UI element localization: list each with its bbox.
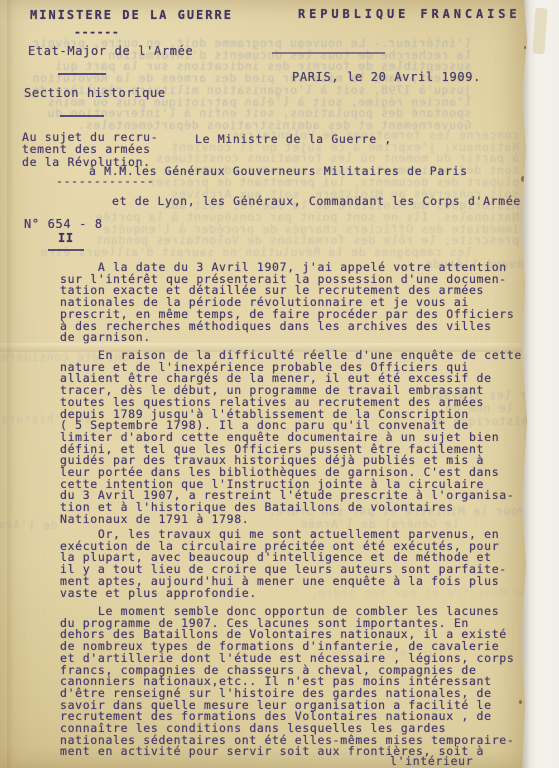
ministry-heading: MINISTERE DE LA GUERRE — [30, 10, 233, 22]
section-heading: Section historique — [24, 88, 166, 100]
paragraph-2: En raison de la difficulté réelle d'une … — [60, 350, 522, 526]
section-numeral: II — [58, 233, 74, 245]
paper-sheet: l'intérieur.- Le nouveau programme doit,… — [0, 0, 530, 768]
margin-note: Au sujet du recru- tement des armées de … — [22, 131, 158, 168]
minister-line: Le Ministre de la Guerre , — [195, 134, 392, 146]
catchword: l'intérieur — [390, 756, 473, 768]
republic-heading: REPUBLIQUE FRANCAISE — [298, 9, 521, 21]
bleedthrough-underline — [272, 52, 385, 54]
paragraph-3: Or, les travaux qui me sont actuellement… — [60, 529, 507, 599]
horizontal-crease — [0, 343, 530, 352]
torn-edge-speck — [519, 700, 522, 704]
addressee-line-1: à M.M.les Généraux Gouverneurs Militaire… — [89, 166, 468, 178]
date-line: PARIS, le 20 Avril 1909. — [292, 72, 481, 84]
paragraph-4: Le moment semble donc opportun de comble… — [60, 606, 514, 758]
section-underline — [60, 115, 104, 117]
scanned-letter: { "document": { "header": { "ministry": … — [0, 0, 559, 768]
numeral-underline — [48, 249, 84, 251]
bleedthrough-fragment: les campagnes de la Révolution ne saurai… — [40, 247, 472, 259]
addressee-line-2: et de Lyon, les Généraux, Commandant les… — [112, 196, 529, 208]
reference-number: N° 654 - 8 — [24, 219, 103, 231]
staff-underline — [58, 73, 106, 75]
left-edge-crease — [7, 0, 14, 768]
torn-edge-speck — [524, 46, 526, 49]
bleedthrough-middle-block: concerne les formations de Volontaires N… — [95, 130, 519, 247]
staff-heading: Etat-Major de l'Armée — [28, 46, 193, 58]
paragraph-1: A la date du 3 Avril 1907, j'ai appelé v… — [60, 262, 514, 344]
ministry-rule-dashes: ------ — [74, 27, 119, 39]
